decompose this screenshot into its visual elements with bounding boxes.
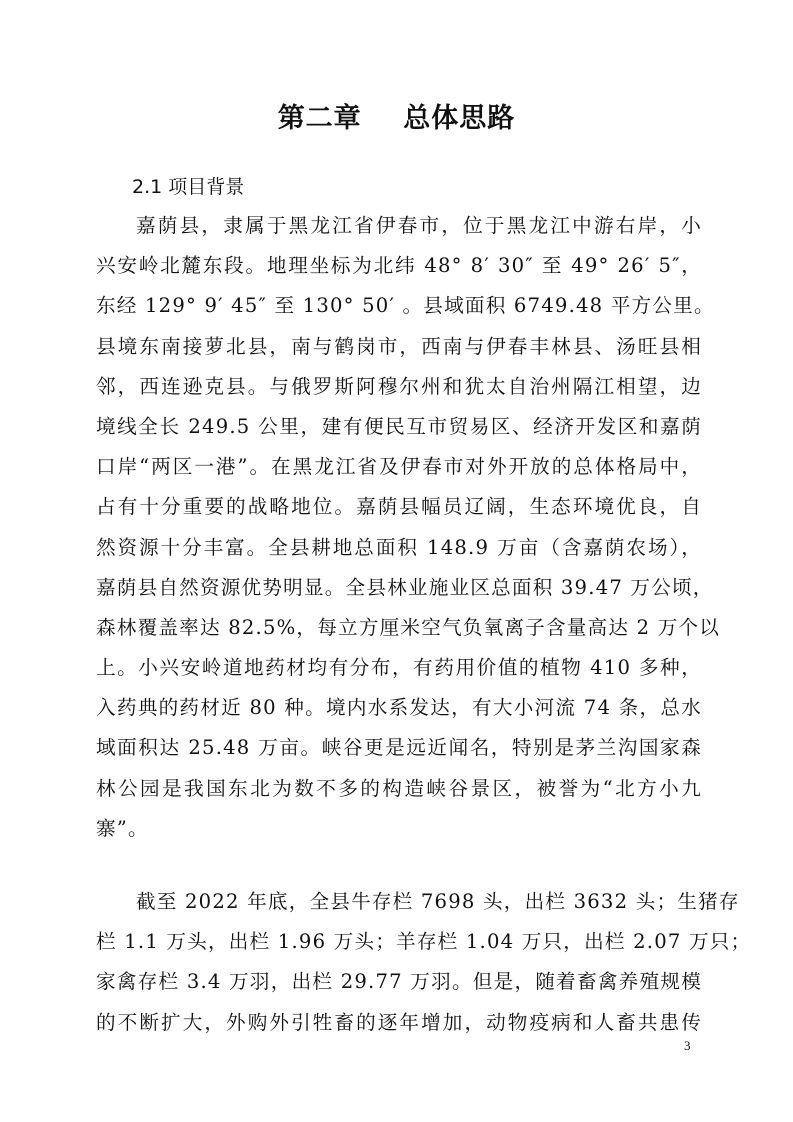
paragraph-line: 栏 1.1 万头，出栏 1.96 万头；羊存栏 1.04 万只，出栏 2.07 …	[96, 922, 702, 962]
paragraph-line: 家禽存栏 3.4 万羽，出栏 29.77 万羽。但是，随着畜禽养殖规模	[96, 962, 702, 1002]
paragraph-2: 截至 2022 年底，全县牛存栏 7698 头，出栏 3632 头；生猪存 栏 …	[96, 882, 702, 1043]
paragraph-line: 然资源十分丰富。全县耕地总面积 148.9 万亩（含嘉荫农场），	[96, 528, 702, 568]
paragraph-1: 嘉荫县，隶属于黑龙江省伊春市，位于黑龙江中游右岸，小 兴安岭北麓东段。地理坐标为…	[96, 206, 702, 849]
paragraph-line: 林公园是我国东北为数不多的构造峡谷景区，被誉为“北方小九	[96, 769, 702, 809]
paragraph-line: 域面积达 25.48 万亩。峡谷更是远近闻名，特别是茅兰沟国家森	[96, 728, 702, 768]
paragraph-line: 兴安岭北麓东段。地理坐标为北纬 48° 8′ 30″ 至 49° 26′ 5″，	[96, 246, 702, 286]
page-number: 3	[684, 1038, 691, 1054]
paragraph-line: 入药典的药材近 80 种。境内水系发达，有大小河流 74 条，总水	[96, 688, 702, 728]
paragraph-line: 占有十分重要的战略地位。嘉荫县幅员辽阔，生态环境优良，自	[96, 487, 702, 527]
paragraph-line: 森林覆盖率达 82.5%，每立方厘米空气负氧离子含量高达 2 万个以	[96, 608, 702, 648]
paragraph-line: 县境东南接萝北县，南与鹤岗市，西南与伊春丰林县、汤旺县相	[96, 327, 702, 367]
section-heading: 2.1 项目背景	[132, 172, 244, 199]
chapter-title: 第二章 总体思路	[0, 96, 793, 135]
document-page: 第二章 总体思路 2.1 项目背景 嘉荫县，隶属于黑龙江省伊春市，位于黑龙江中游…	[0, 0, 793, 1122]
paragraph-line: 嘉荫县，隶属于黑龙江省伊春市，位于黑龙江中游右岸，小	[96, 206, 702, 246]
paragraph-line: 的不断扩大，外购外引牲畜的逐年增加，动物疫病和人畜共患传	[96, 1003, 702, 1043]
paragraph-line: 嘉荫县自然资源优势明显。全县林业施业区总面积 39.47 万公顷，	[96, 568, 702, 608]
paragraph-line: 上。小兴安岭道地药材均有分布，有药用价值的植物 410 多种，	[96, 648, 702, 688]
paragraph-line: 截至 2022 年底，全县牛存栏 7698 头，出栏 3632 头；生猪存	[96, 882, 702, 922]
paragraph-line: 邻，西连逊克县。与俄罗斯阿穆尔州和犹太自治州隔江相望，边	[96, 367, 702, 407]
paragraph-line: 寨”。	[96, 809, 702, 849]
paragraph-line: 口岸“两区一港”。在黑龙江省及伊春市对外开放的总体格局中，	[96, 447, 702, 487]
paragraph-line: 境线全长 249.5 公里，建有便民互市贸易区、经济开发区和嘉荫	[96, 407, 702, 447]
paragraph-line: 东经 129° 9′ 45″ 至 130° 50′ 。县域面积 6749.48 …	[96, 286, 702, 326]
